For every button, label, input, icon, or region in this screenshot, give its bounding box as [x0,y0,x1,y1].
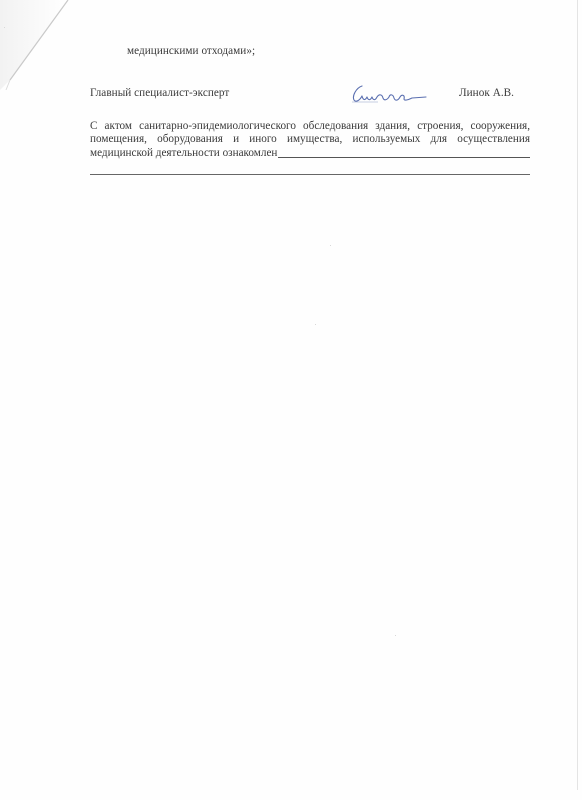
scan-speck [395,635,396,636]
closing-line: медицинскими отходами»; [127,45,255,57]
scan-edge [577,0,578,790]
handwritten-signature-icon [348,80,428,106]
acknowledgement-line-2: помещения, оборудования и иного имуществ… [90,133,530,146]
scan-speck [315,324,316,325]
signature-fill-line [278,147,530,158]
position-title: Главный специалист-эксперт [90,87,229,99]
scan-speck [330,245,331,246]
folded-corner-shadow [0,0,80,90]
signer-name: Линок А.В. [459,87,514,99]
blank-fill-line [90,174,530,175]
scan-speck [4,27,5,28]
acknowledgement-line-1: С актом санитарно-эпидемиологического об… [90,120,530,133]
acknowledgement-line-3: медицинской деятельности ознакомлен [90,147,530,160]
acknowledgement-line-3-text: медицинской деятельности ознакомлен [90,147,277,160]
scanned-document-page: медицинскими отходами»; Главный специали… [0,0,582,800]
acknowledgement-paragraph: С актом санитарно-эпидемиологического об… [90,120,530,160]
